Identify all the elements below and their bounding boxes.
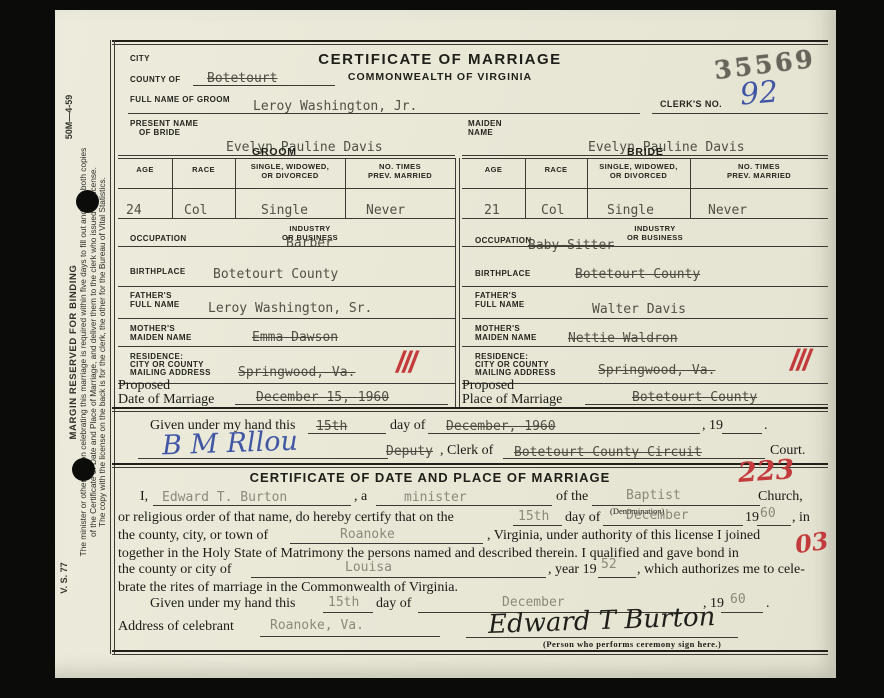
- center-divider-b: [459, 158, 460, 407]
- ceremony-year2-line: [721, 612, 763, 613]
- red-record-number: 223: [737, 454, 795, 489]
- ceremony-place-line: [290, 543, 483, 544]
- ceremony-month-value: December: [626, 508, 689, 523]
- bride-times-header-1: NO. TIMES: [690, 162, 828, 171]
- groom-age-value: 24: [126, 203, 142, 218]
- ceremony-line5c-text: , which authorizes me to cele-: [637, 562, 805, 578]
- certificate-scan: 50M—4-59 MARGIN RESERVED FOR BINDING The…: [0, 0, 884, 698]
- bride-column-header: BRIDE: [627, 146, 664, 158]
- license-year-line: [722, 433, 762, 434]
- celebrant-address-label: Address of celebrant: [118, 619, 234, 635]
- deputy-value: Deputy: [386, 444, 433, 459]
- ceremony-i-text: I,: [140, 489, 148, 505]
- commonwealth-subtitle: COMMONWEALTH OF VIRGINIA: [255, 71, 625, 83]
- groom-residence-label-3: MAILING ADDRESS: [130, 368, 211, 377]
- bond-year-value: 52: [601, 557, 617, 572]
- ceremony-line2-text: or religious order of that name, do here…: [118, 510, 454, 526]
- groom-birthplace-label: BIRTHPLACE: [130, 267, 186, 276]
- groom-birthplace-value: Botetourt County: [213, 267, 338, 282]
- bride-present-name-value: Evelyn Pauline Davis: [226, 140, 383, 155]
- bride-race-header: RACE: [525, 165, 587, 174]
- bride-maiden-name-value: Evelyn Pauline Davis: [588, 140, 745, 155]
- bride-residence-red-mark: ///: [790, 344, 809, 378]
- bride-industry-label-1: INDUSTRY: [600, 224, 710, 233]
- celebrant-name-value: Edward T. Burton: [162, 490, 287, 505]
- ceremony-day-line: [513, 525, 562, 526]
- groom-father-value: Leroy Washington, Sr.: [208, 301, 372, 316]
- groom-birthplace-line: [118, 286, 455, 287]
- rule-bottom-a: [112, 650, 828, 652]
- bride-times-value: Never: [708, 203, 747, 218]
- celebrant-address-line: [260, 636, 440, 637]
- bride-industry-label-2: OR BUSINESS: [600, 233, 710, 242]
- groom-mother-label-1: MOTHER'S: [130, 324, 175, 333]
- ceremony-year-line: [757, 525, 791, 526]
- ceremony-line3a-text: the county, city, or town of: [118, 528, 268, 544]
- rule-left-a: [110, 40, 111, 654]
- ceremony-given-text: Given under my hand this: [150, 596, 295, 612]
- bride-age-value: 21: [484, 203, 500, 218]
- bride-race-value: Col: [541, 203, 564, 218]
- clerks-no-label: CLERK'S NO.: [660, 99, 722, 109]
- proposed-place-value: Botetourt County: [632, 390, 757, 405]
- groom-mother-value: Emma Dawson: [252, 330, 338, 345]
- bride-father-line: [462, 318, 828, 319]
- rule-bottom-b: [112, 654, 828, 655]
- groom-times-value: Never: [366, 203, 405, 218]
- groom-race-header: RACE: [172, 165, 235, 174]
- clerks-no-value: 92: [739, 74, 780, 112]
- ceremony-line6-text: brate the rites of marriage in the Commo…: [118, 580, 458, 596]
- celebrant-line: [153, 505, 351, 506]
- ceremony-month-line: [603, 525, 743, 526]
- bride-residence-line: [462, 383, 828, 384]
- groom-times-header-2: PREV. MARRIED: [345, 171, 455, 180]
- rule-top-a: [112, 40, 828, 42]
- groom-times-header-1: NO. TIMES: [345, 162, 455, 171]
- hole-punch-bottom: [72, 458, 95, 481]
- groom-mother-label-2: MAIDEN NAME: [130, 333, 192, 342]
- rule-mid1-a: [112, 407, 828, 409]
- court-name-value: Botetourt County Circuit: [514, 445, 702, 460]
- groom-name-value: Leroy Washington, Jr.: [253, 99, 417, 114]
- celebrant-sign-note: (Person who performs ceremony sign here.…: [543, 639, 721, 649]
- ceremony-year2-value: 60: [730, 592, 746, 607]
- ceremony-a-text: , a: [354, 489, 367, 505]
- proposed-date-value: December 15, 1960: [256, 390, 389, 405]
- present-name-label-2: OF BRIDE: [139, 128, 180, 137]
- ceremony-day2-value: 15th: [328, 595, 359, 610]
- bride-father-label-2: FULL NAME: [475, 300, 525, 309]
- ceremony-day2-line: [323, 612, 373, 613]
- clerk-signature-line: [138, 458, 388, 459]
- license-period: .: [764, 418, 768, 434]
- bride-occupation-label: OCCUPATION: [475, 236, 532, 245]
- bride-occupation-line: [462, 246, 828, 247]
- ceremony-line5a-text: the county or city of: [118, 562, 232, 578]
- proposed-place-label-2: Place of Marriage: [462, 392, 562, 408]
- bride-age-header: AGE: [462, 165, 525, 174]
- bride-father-label-1: FATHER'S: [475, 291, 517, 300]
- celebrant-address-value: Roanoke, Va.: [270, 618, 364, 633]
- bride-status-header-2: OR DIVORCED: [587, 171, 690, 180]
- groom-father-label-1: FATHER'S: [130, 291, 172, 300]
- bond-place-line: [251, 577, 546, 578]
- groom-industry-label-2: OR BUSINESS: [255, 233, 365, 242]
- clerks-no-line: [652, 113, 828, 114]
- bride-birthplace-label: BIRTHPLACE: [475, 269, 531, 278]
- ceremony-dayof-text: day of: [565, 510, 600, 526]
- bride-birthplace-line: [462, 286, 828, 287]
- form-number: V. S. 77: [59, 562, 69, 593]
- bride-status-header-1: SINGLE, WIDOWED,: [587, 162, 690, 171]
- binding-notice: MARGIN RESERVED FOR BINDING The minister…: [68, 52, 108, 652]
- bride-mother-line: [462, 346, 828, 347]
- certificate-title: CERTIFICATE OF MARRIAGE: [255, 51, 625, 68]
- groom-status-header-2: OR DIVORCED: [235, 171, 345, 180]
- groom-table-value-line: [118, 218, 455, 219]
- church-text: Church,: [758, 489, 803, 505]
- denomination-value: Baptist: [626, 488, 681, 503]
- ceremony-19-text: 19: [745, 510, 759, 526]
- ceremony-dayof2-text: day of: [376, 596, 411, 612]
- of-the-text: of the: [556, 489, 588, 505]
- license-month-value: December, 1960: [446, 419, 556, 434]
- role-line: [376, 505, 552, 506]
- bride-status-value: Single: [607, 203, 654, 218]
- groom-residence-value: Springwood, Va.: [238, 365, 355, 380]
- ceremony-year-value: 60: [760, 506, 776, 521]
- ceremony-line5b-text: , year 19: [548, 562, 597, 578]
- groom-age-header: AGE: [118, 165, 172, 174]
- ceremony-line3b-text: , Virginia, under authority of this lice…: [487, 528, 760, 544]
- groom-father-label-2: FULL NAME: [130, 300, 180, 309]
- groom-occupation-label: OCCUPATION: [130, 234, 187, 243]
- bride-table-top: [462, 158, 828, 159]
- red-margin-number: 03: [793, 526, 830, 559]
- bond-place-value: Louisa: [345, 560, 392, 575]
- bride-mother-label-2: MAIDEN NAME: [475, 333, 537, 342]
- bride-residence-label-3: MAILING ADDRESS: [475, 368, 556, 377]
- rule-mid2-a: [112, 463, 828, 465]
- license-day-value: 15th: [316, 419, 347, 434]
- center-divider-a: [455, 158, 456, 407]
- ceremony-in-text: , in: [792, 510, 810, 526]
- groom-status-value: Single: [261, 203, 308, 218]
- groom-column-header: GROOM: [252, 146, 297, 158]
- license-19-text: , 19: [702, 418, 723, 434]
- binding-notice-line3: The copy with the license on the back is…: [98, 52, 108, 652]
- groom-industry-label-1: INDUSTRY: [255, 224, 365, 233]
- maiden-name-label-1: MAIDEN: [468, 119, 502, 128]
- groom-table-top: [118, 158, 455, 159]
- hole-punch-top: [76, 190, 99, 213]
- present-name-label-1: PRESENT NAME: [130, 119, 198, 128]
- clerk-signature: B M Rllou: [162, 426, 299, 462]
- groom-table-header-line: [118, 188, 455, 189]
- bond-year-line: [598, 577, 636, 578]
- groom-race-value: Col: [184, 203, 207, 218]
- groom-occupation-line: [118, 246, 455, 247]
- bride-mother-label-1: MOTHER'S: [475, 324, 520, 333]
- maiden-name-label-2: NAME: [468, 128, 493, 137]
- ceremony-period: .: [766, 596, 770, 612]
- proposed-date-label-2: Date of Marriage: [118, 392, 214, 408]
- bride-birthplace-value: Botetourt County: [575, 267, 700, 282]
- ceremony-section-title: CERTIFICATE OF DATE AND PLACE OF MARRIAG…: [230, 470, 630, 485]
- ceremony-line4-text: together in the Holy State of Matrimony …: [118, 546, 739, 562]
- bride-residence-value: Springwood, Va.: [598, 363, 715, 378]
- bride-mother-value: Nettie Waldron: [568, 331, 678, 346]
- ceremony-day-value: 15th: [518, 509, 549, 524]
- groom-status-header-1: SINGLE, WIDOWED,: [235, 162, 345, 171]
- bride-table-header-line: [462, 188, 828, 189]
- rule-mid1-b: [112, 411, 828, 412]
- rule-top-b: [112, 44, 828, 45]
- county-of-label: COUNTY OF: [130, 75, 181, 84]
- groom-residence-red-mark: ///: [396, 346, 415, 380]
- role-value: minister: [404, 490, 467, 505]
- bride-times-header-2: PREV. MARRIED: [690, 171, 828, 180]
- bride-table-value-line: [462, 218, 828, 219]
- ceremony-place-value: Roanoke: [340, 527, 395, 542]
- rule-left-b: [114, 40, 115, 654]
- bride-father-value: Walter Davis: [592, 302, 686, 317]
- rule-mid2-b: [112, 467, 828, 468]
- groom-father-line: [118, 318, 455, 319]
- groom-name-label: FULL NAME OF GROOM: [130, 95, 230, 104]
- license-dayof-text: day of: [390, 418, 425, 434]
- clerk-of-text: , Clerk of: [440, 443, 493, 459]
- city-label: CITY: [130, 54, 150, 63]
